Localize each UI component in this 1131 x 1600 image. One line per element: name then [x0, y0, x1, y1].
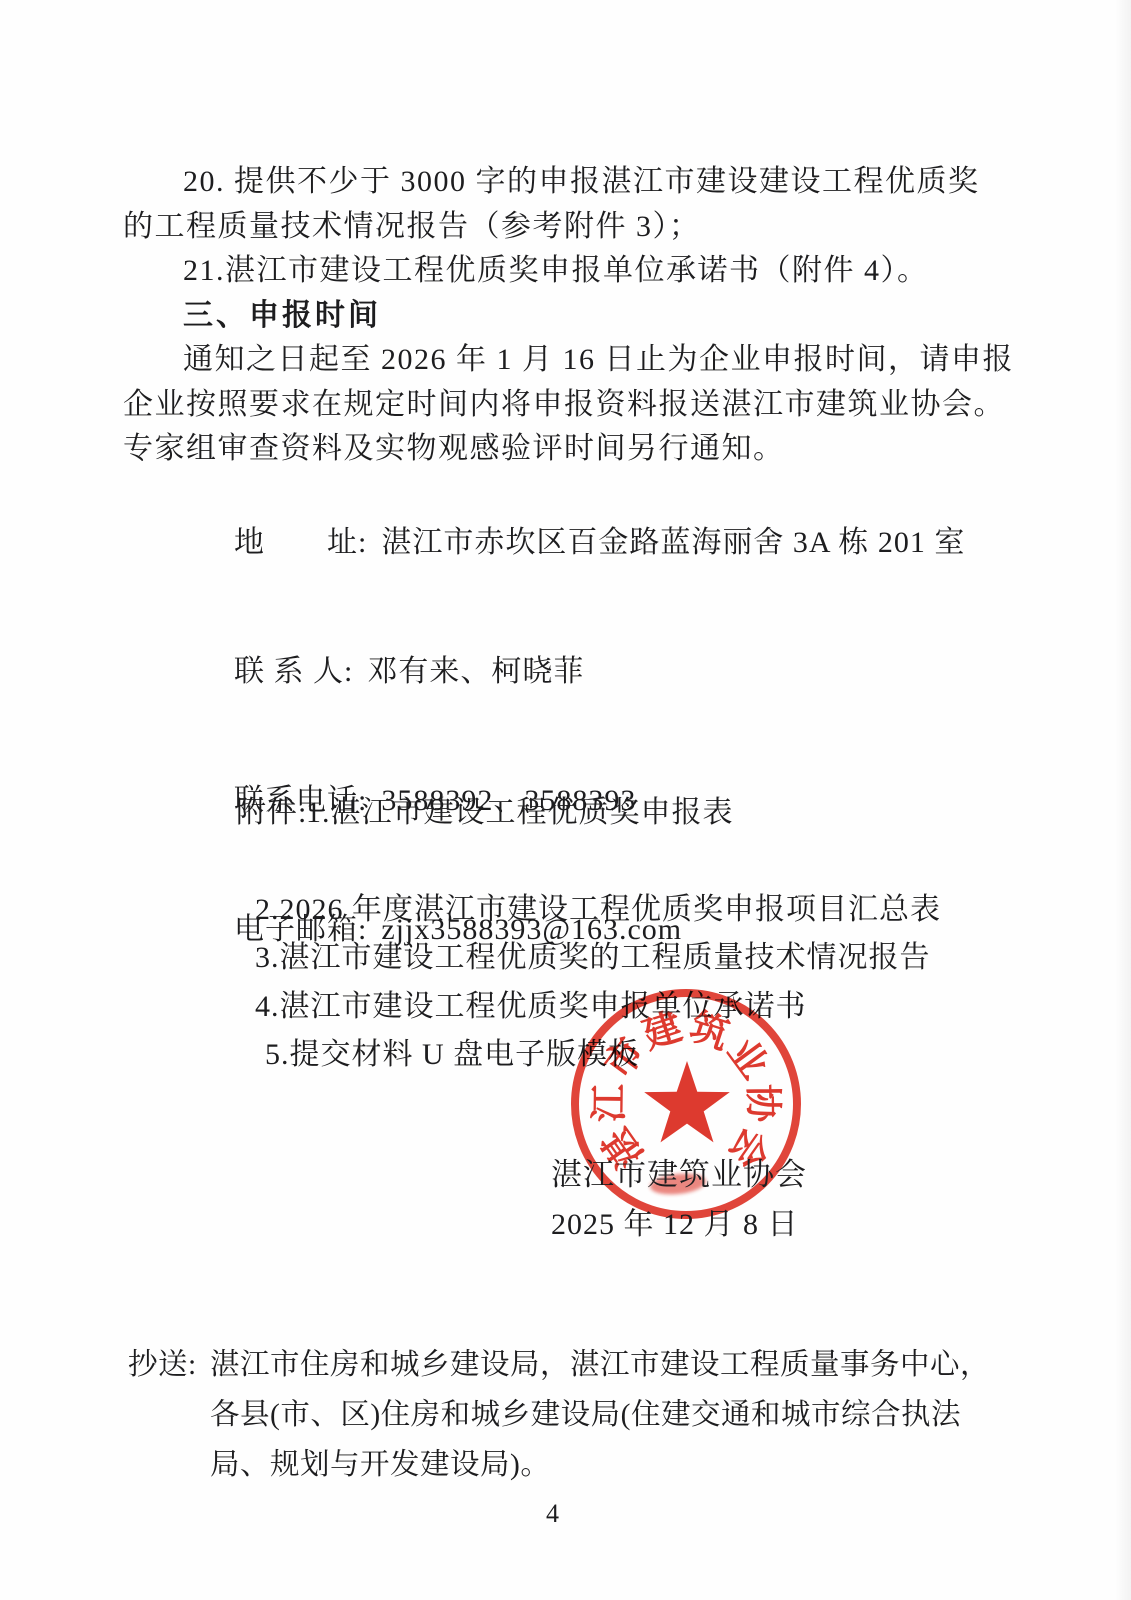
attachments-label: 附件: — [236, 789, 306, 838]
address-value: 湛江市赤坎区百金路蓝海丽舍 3A 栋 201 室 — [367, 526, 965, 559]
document-page: 20. 提供不少于 3000 字的申报湛江市建设建设工程优质奖 的工程质量技术情… — [0, 0, 1131, 1600]
attachment-item-5: 5.提交材料 U 盘电子版模板 — [185, 1031, 941, 1080]
cc-line-3: 局、规划与开发建设局)。 — [210, 1440, 990, 1490]
body-text: 20. 提供不少于 3000 字的申报湛江市建设建设工程优质奖 的工程质量技术情… — [123, 160, 1028, 472]
cc-lines: 湛江市住房和城乡建设局，湛江市建设工程质量事务中心， 各县(市、区)住房和城乡建… — [210, 1340, 990, 1490]
attachment-item-1: 1.湛江市建设工程优质奖申报表 — [306, 796, 734, 829]
body-paragraph-line2: 企业按照要求在规定时间内将申报资料报送湛江市建筑业协会。 — [123, 383, 1028, 428]
body-line-item21: 21.湛江市建设工程优质奖申报单位承诺书（附件 4）。 — [123, 249, 1028, 294]
signature-date: 2025 年 12 月 8 日 — [551, 1199, 799, 1243]
seal-arc-char: 业 — [719, 1031, 775, 1087]
contact-person-label: 联 系 人: — [234, 655, 353, 688]
seal-arc-char: 协 — [741, 1084, 783, 1125]
contact-person-value: 邓有来、柯晓菲 — [353, 655, 584, 688]
address-label: 地 址: — [234, 526, 367, 559]
body-line-item20-2: 的工程质量技术情况报告（参考附件 3）； — [123, 205, 1028, 250]
seal-arc-char: 江 — [589, 1084, 631, 1123]
cc-block: 抄送: 湛江市住房和城乡建设局，湛江市建设工程质量事务中心， 各县(市、区)住房… — [128, 1340, 990, 1490]
section-heading: 三、申报时间 — [123, 294, 1028, 339]
signature-org: 湛江市建筑业协会 — [551, 1149, 807, 1194]
attachments: 附件:1.湛江市建设工程优质奖申报表 2.2026 年度湛江市建设工程优质奖申报… — [185, 740, 941, 1080]
cc-line-1: 湛江市住房和城乡建设局，湛江市建设工程质量事务中心， — [210, 1340, 990, 1390]
cc-label: 抄送: — [128, 1340, 210, 1390]
seal-arc-char: 建 — [638, 1006, 687, 1058]
scan-edge-shadow — [1115, 0, 1131, 1600]
attachment-item-2: 2.2026 年度湛江市建设工程优质奖申报项目汇总表 — [185, 886, 941, 935]
attachment-row-1: 附件:1.湛江市建设工程优质奖申报表 — [185, 740, 941, 886]
address-row: 地 址:湛江市赤坎区百金路蓝海丽舍 3A 栋 201 室 — [183, 478, 965, 607]
attachment-item-4: 4.湛江市建设工程优质奖申报单位承诺书 — [185, 983, 941, 1032]
body-paragraph-line3: 专家组审查资料及实物观感验评时间另行通知。 — [123, 427, 1028, 472]
cc-line-2: 各县(市、区)住房和城乡建设局(住建交通和城市综合执法 — [210, 1390, 990, 1440]
page-number: 4 — [0, 1499, 1118, 1529]
contact-person-row: 联 系 人:邓有来、柯晓菲 — [183, 607, 965, 736]
attachment-item-3: 3.湛江市建设工程优质奖的工程质量技术情况报告 — [185, 934, 941, 983]
seal-star-icon — [644, 1061, 730, 1142]
body-line-item20-1: 20. 提供不少于 3000 字的申报湛江市建设建设工程优质奖 — [123, 160, 1028, 205]
body-paragraph-line1: 通知之日起至 2026 年 1 月 16 日止为企业申报时间，请申报 — [123, 338, 1028, 383]
